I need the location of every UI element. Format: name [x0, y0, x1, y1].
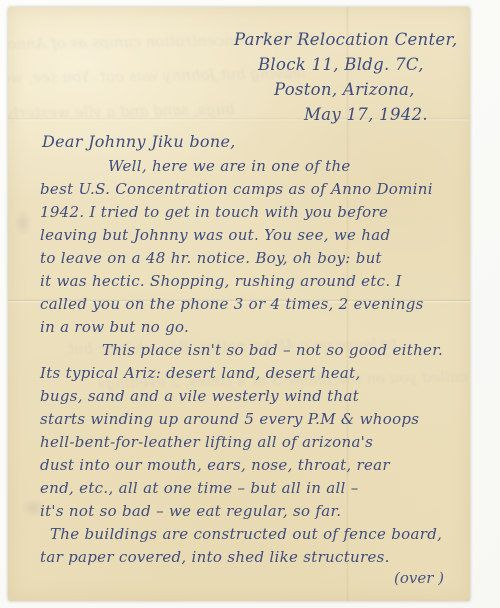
heading-line-date: May 17, 1942.	[304, 102, 440, 127]
heading-line-block-building: Block 11, Bldg. 7C,	[258, 52, 440, 77]
body-line: starts winding up around 5 every P.M & w…	[40, 408, 440, 431]
body-line: it's not so bad – we eat regular, so far…	[40, 500, 440, 523]
body-line: called you on the phone 3 or 4 times, 2 …	[40, 293, 440, 316]
body-line: 1942. I tried to get in touch with you b…	[40, 201, 440, 224]
salutation: Dear Johnny Jiku bone,	[42, 129, 440, 155]
body-line: Well, here we are in one of the	[108, 155, 440, 178]
body-line: end, etc., all at one time – but all in …	[40, 477, 440, 500]
body-line: tar paper covered, into shed like struct…	[40, 546, 440, 569]
body-line: This place isn't so bad – not so good ei…	[102, 339, 440, 362]
body-line: best U.S. Concentration camps as of Anno…	[40, 178, 440, 201]
letter-content: Parker Relocation Center, Block 11, Bldg…	[8, 7, 470, 569]
page-over-marker: (over )	[394, 569, 444, 587]
body-line: in a row but no go.	[40, 316, 440, 339]
heading-line-city-state: Poston, Arizona,	[274, 77, 440, 102]
letter-paper: best U.S. Concentration camps as of Anno…	[8, 7, 470, 601]
body-line: Its typical Ariz: desert land, desert he…	[40, 362, 440, 385]
body-line: leaving but Johnny was out. You see, we …	[40, 224, 440, 247]
body-line: it was hectic. Shopping, rushing around …	[40, 270, 440, 293]
body-line: bugs, sand and a vile westerly wind that	[40, 385, 440, 408]
letter-body: Well, here we are in one of the best U.S…	[36, 155, 440, 569]
body-line: The buildings are constructed out of fen…	[50, 523, 440, 546]
body-line: to leave on a 48 hr. notice. Boy, oh boy…	[40, 247, 440, 270]
scan-background: best U.S. Concentration camps as of Anno…	[0, 0, 500, 608]
body-line: dust into our mouth, ears, nose, throat,…	[40, 454, 440, 477]
letter-heading: Parker Relocation Center, Block 11, Bldg…	[36, 27, 440, 127]
heading-line-return-address: Parker Relocation Center,	[234, 27, 440, 52]
body-line: hell-bent-for-leather lifting all of ari…	[40, 431, 440, 454]
